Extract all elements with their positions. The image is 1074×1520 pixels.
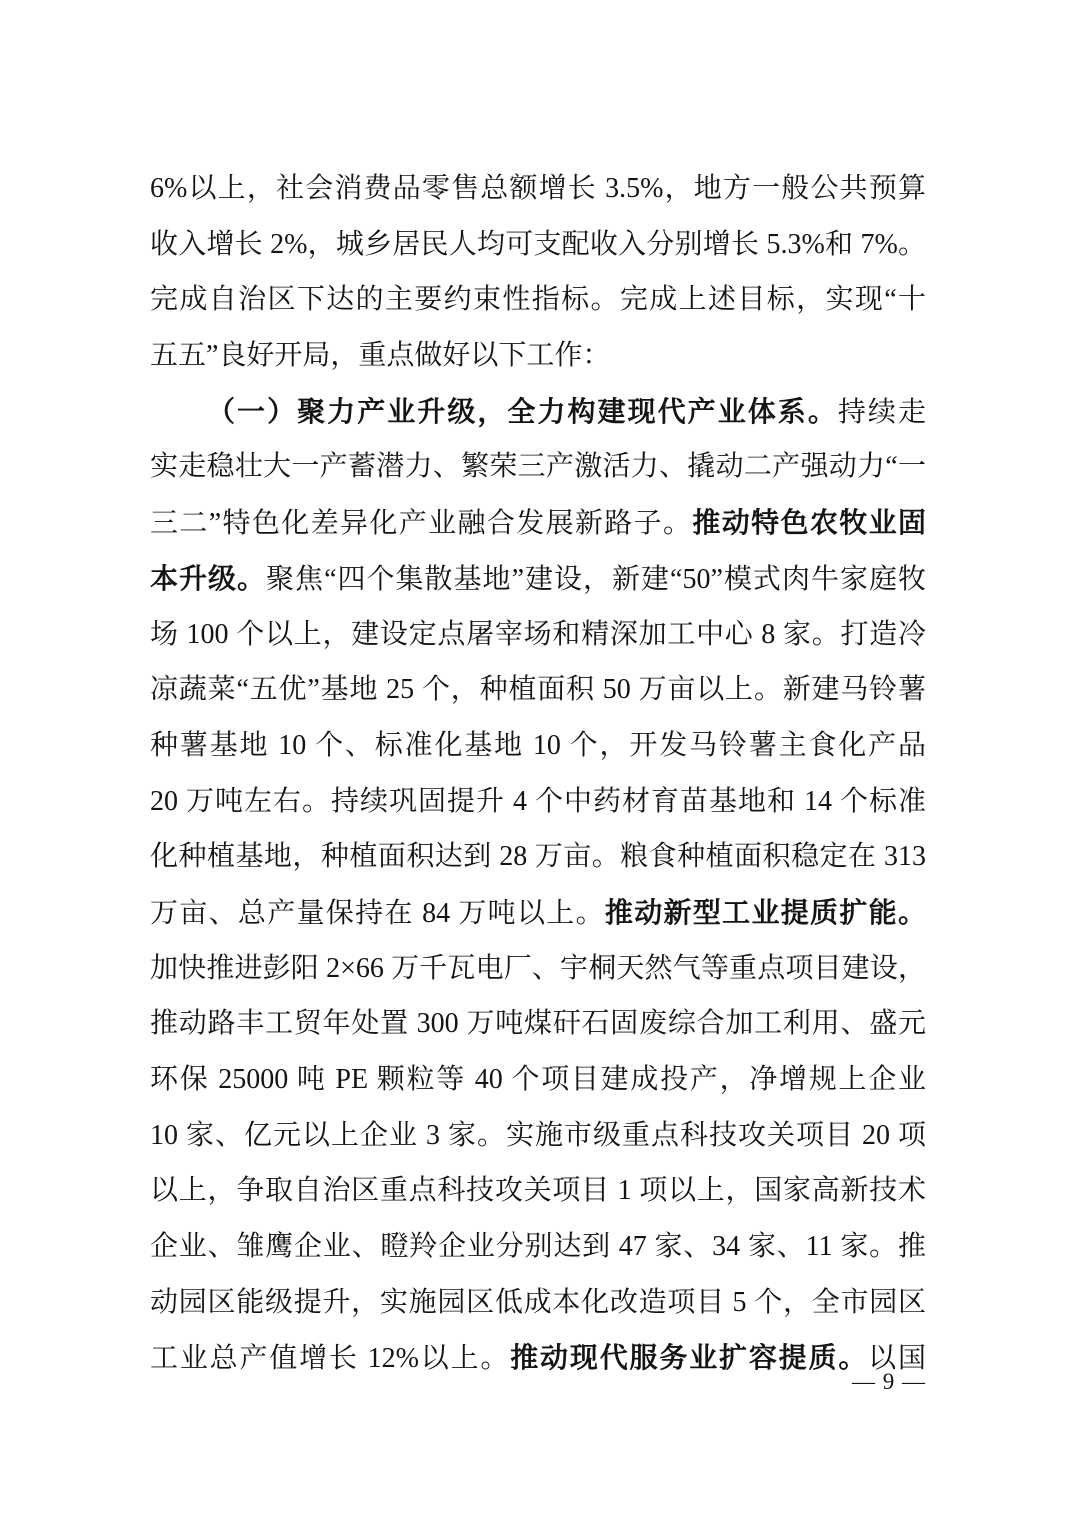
- bold-text-segment: 推动现代服务业扩容提质。: [510, 1342, 868, 1373]
- text-segment: 实走稳壮大一产蓄潜力、繁荣三产激活力、撬动二产强动力“一: [150, 451, 926, 482]
- text-segment: 完成自治区下达的主要约束性指标。完成上述目标，实现“十: [150, 284, 926, 315]
- text-line: 10 家、亿元以上企业 3 家。实施市级重点科技攻关项目 20 项: [150, 1108, 926, 1164]
- text-segment: 动园区能级提升，实施园区低成本化改造项目 5 个，全市园区: [150, 1287, 926, 1318]
- text-line: 工业总产值增长 12%以上。推动现代服务业扩容提质。以国: [150, 1330, 926, 1386]
- text-line: 以上，争取自治区重点科技攻关项目 1 项以上，国家高新技术: [150, 1163, 926, 1219]
- text-line: 实走稳壮大一产蓄潜力、繁荣三产激活力、撬动二产强动力“一: [150, 439, 926, 495]
- bold-text-segment: （一）聚力产业升级，全力构建现代产业体系。: [207, 396, 838, 427]
- text-segment: 企业、雏鹰企业、瞪羚企业分别达到 47 家、34 家、11 家。推: [150, 1231, 926, 1262]
- text-segment: 20 万吨左右。持续巩固提升 4 个中药材育苗基地和 14 个标准: [150, 786, 926, 817]
- text-line: 加快推进彭阳 2×66 万千瓦电厂、宇桐天然气等重点项目建设，: [150, 941, 926, 997]
- text-line: 三二”特色化差异化产业融合发展新路子。推动特色农牧业固: [150, 495, 926, 551]
- text-line: 完成自治区下达的主要约束性指标。完成上述目标，实现“十: [150, 272, 926, 328]
- document-page: 6%以上，社会消费品零售总额增长 3.5%，地方一般公共预算收入增长 2%，城乡…: [0, 0, 1074, 1520]
- text-segment: 6%以上，社会消费品零售总额增长 3.5%，地方一般公共预算: [150, 173, 926, 204]
- text-segment: 种薯基地 10 个、标准化基地 10 个，开发马铃薯主食化产品: [150, 730, 926, 761]
- text-line: 环保 25000 吨 PE 颗粒等 40 个项目建成投产，净增规上企业: [150, 1052, 926, 1108]
- text-segment: 五五”良好开局，重点做好以下工作：: [150, 340, 610, 371]
- text-line: 收入增长 2%，城乡居民人均可支配收入分别增长 5.3%和 7%。: [150, 217, 926, 273]
- text-line: 场 100 个以上，建设定点屠宰场和精深加工中心 8 家。打造冷: [150, 607, 926, 663]
- text-line: 推动路丰工贸年处置 300 万吨煤矸石固废综合加工利用、盛元: [150, 996, 926, 1052]
- text-line: 凉蔬菜“五优”基地 25 个，种植面积 50 万亩以上。新建马铃薯: [150, 662, 926, 718]
- text-segment: 三二”特色化差异化产业融合发展新路子。: [150, 508, 692, 539]
- page-number: — 9 —: [852, 1367, 926, 1397]
- text-segment: 凉蔬菜“五优”基地 25 个，种植面积 50 万亩以上。新建马铃薯: [150, 674, 926, 705]
- text-segment: 以上，争取自治区重点科技攻关项目 1 项以上，国家高新技术: [150, 1175, 926, 1206]
- text-line: 五五”良好开局，重点做好以下工作：: [150, 328, 926, 384]
- text-line: 万亩、总产量保持在 84 万吨以上。推动新型工业提质扩能。: [150, 885, 926, 941]
- text-line: 6%以上，社会消费品零售总额增长 3.5%，地方一般公共预算: [150, 161, 926, 217]
- text-segment: 工业总产值增长 12%以上。: [150, 1343, 510, 1374]
- text-line: 20 万吨左右。持续巩固提升 4 个中药材育苗基地和 14 个标准: [150, 774, 926, 830]
- text-segment: 聚焦“四个集散基地”建设，新建“50”模式肉牛家庭牧: [266, 564, 926, 595]
- bold-text-segment: 本升级。: [150, 563, 266, 594]
- text-segment: 环保 25000 吨 PE 颗粒等 40 个项目建成投产，净增规上企业: [150, 1064, 926, 1095]
- text-line: 种薯基地 10 个、标准化基地 10 个，开发马铃薯主食化产品: [150, 718, 926, 774]
- document-body: 6%以上，社会消费品零售总额增长 3.5%，地方一般公共预算收入增长 2%，城乡…: [150, 161, 926, 1386]
- text-segment: 化种植基地，种植面积达到 28 万亩。粮食种植面积稳定在 313: [150, 841, 926, 872]
- bold-text-segment: 推动特色农牧业固: [692, 507, 926, 538]
- text-line: 本升级。聚焦“四个集散基地”建设，新建“50”模式肉牛家庭牧: [150, 551, 926, 607]
- text-segment: 推动路丰工贸年处置 300 万吨煤矸石固废综合加工利用、盛元: [150, 1008, 926, 1039]
- text-segment: 持续走: [838, 397, 926, 428]
- text-line: 化种植基地，种植面积达到 28 万亩。粮食种植面积稳定在 313: [150, 829, 926, 885]
- text-line: （一）聚力产业升级，全力构建现代产业体系。持续走: [150, 384, 926, 440]
- text-line: 企业、雏鹰企业、瞪羚企业分别达到 47 家、34 家、11 家。推: [150, 1219, 926, 1275]
- text-line: 动园区能级提升，实施园区低成本化改造项目 5 个，全市园区: [150, 1275, 926, 1331]
- text-segment: 场 100 个以上，建设定点屠宰场和精深加工中心 8 家。打造冷: [150, 619, 926, 650]
- text-segment: 收入增长 2%，城乡居民人均可支配收入分别增长 5.3%和 7%。: [150, 229, 926, 260]
- text-segment: 加快推进彭阳 2×66 万千瓦电厂、宇桐天然气等重点项目建设，: [150, 953, 926, 984]
- text-segment: 万亩、总产量保持在 84 万吨以上。: [150, 898, 605, 929]
- bold-text-segment: 推动新型工业提质扩能。: [605, 897, 926, 928]
- text-segment: 10 家、亿元以上企业 3 家。实施市级重点科技攻关项目 20 项: [150, 1120, 926, 1151]
